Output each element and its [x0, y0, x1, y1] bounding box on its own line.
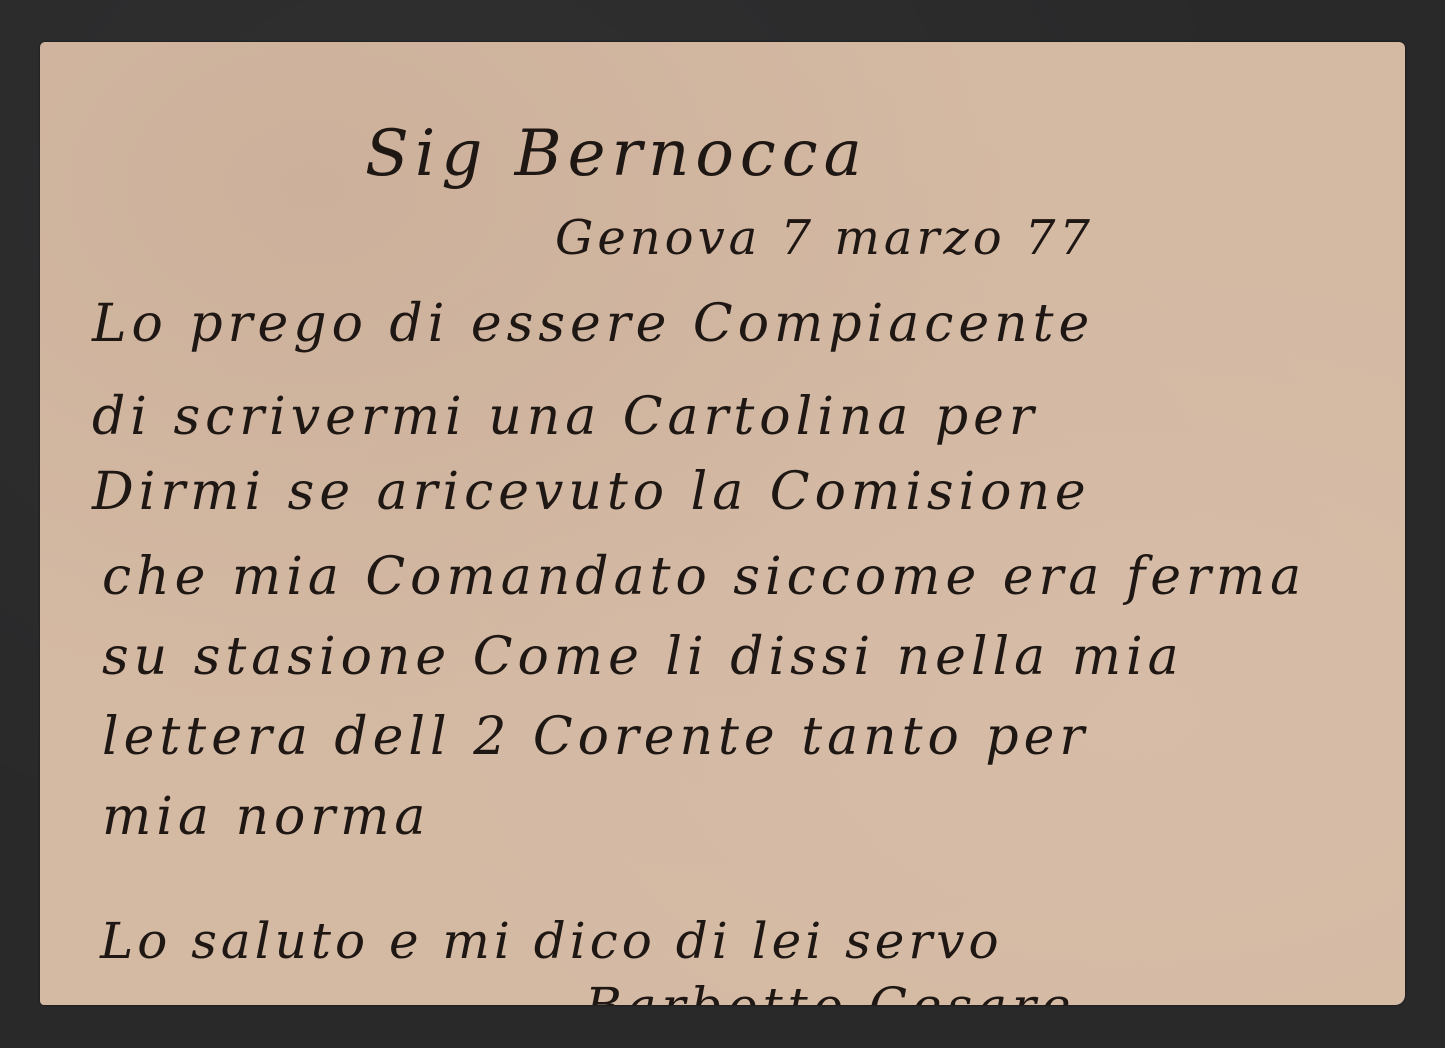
closing-line: Lo saluto e mi dico di lei servo [100, 912, 1003, 970]
postcard: Sig Bernocca Genova 7 marzo 77 Lo prego … [40, 42, 1405, 1005]
body-line: Dirmi se aricevuto la Comisione [92, 462, 1091, 522]
body-line: mia norma [102, 787, 430, 847]
body-line: su stasione Come li dissi nella mia [102, 627, 1184, 687]
body-line: che mia Comandato siccome era ferma [102, 547, 1306, 607]
body-line: Lo prego di essere Compiacente [92, 294, 1094, 354]
body-line: lettera dell 2 Corente tanto per [102, 707, 1089, 767]
salutation: Sig Bernocca [365, 117, 868, 191]
date-line: Genova 7 marzo 77 [555, 210, 1094, 266]
signature: Barbotto Cesare [585, 977, 1076, 1005]
body-line: di scrivermi una Cartolina per [92, 387, 1039, 447]
